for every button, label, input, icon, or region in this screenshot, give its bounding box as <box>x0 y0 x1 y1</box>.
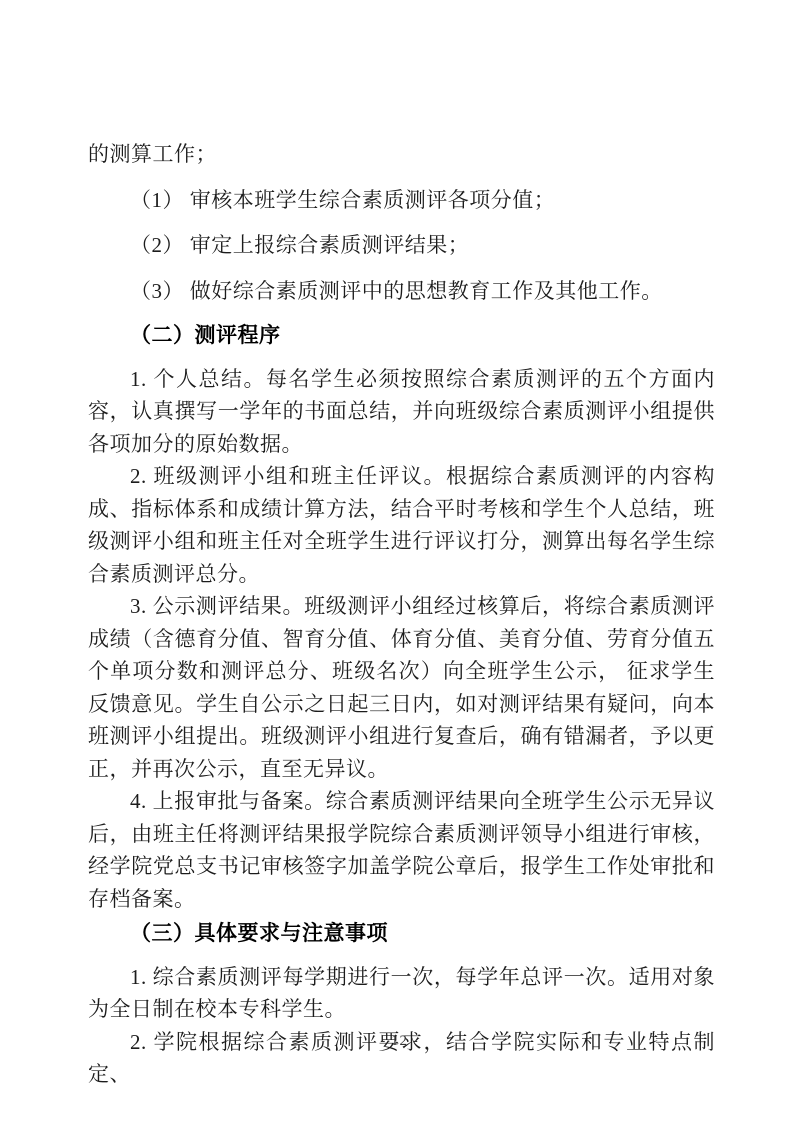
body-text-continuation: 的测算工作； <box>88 138 715 171</box>
section-heading-3: （三）具体要求与注意事项 <box>88 918 715 951</box>
page-number: - 12 - <box>0 1033 799 1050</box>
procedure-step-4: 4. 上报审批与备案。综合素质测评结果向全班学生公示无异议后，由班主任将测评结果… <box>88 785 715 915</box>
list-item-1: （1） 审核本班学生综合素质测评各项分值； <box>88 184 715 217</box>
procedure-step-1: 1. 个人总结。每名学生必须按照综合素质测评的五个方面内容，认真撰写一学年的书面… <box>88 363 715 461</box>
requirement-1: 1. 综合素质测评每学期进行一次，每学年总评一次。适用对象为全日制在校本专科学生… <box>88 961 715 1026</box>
section-heading-2: （二）测评程序 <box>88 320 715 353</box>
document-body: 的测算工作；（1） 审核本班学生综合素质测评各项分值；（2） 审定上报综合素质测… <box>88 138 715 1091</box>
document-page: 的测算工作；（1） 审核本班学生综合素质测评各项分值；（2） 审定上报综合素质测… <box>0 0 799 1131</box>
list-item-3: （3） 做好综合素质测评中的思想教育工作及其他工作。 <box>88 275 715 308</box>
list-item-2: （2） 审定上报综合素质测评结果； <box>88 229 715 262</box>
procedure-step-3: 3. 公示测评结果。班级测评小组经过核算后，将综合素质测评成绩（含德育分值、智育… <box>88 590 715 785</box>
procedure-step-2: 2. 班级测评小组和班主任评议。根据综合素质测评的内容构成、指标体系和成绩计算方… <box>88 460 715 590</box>
